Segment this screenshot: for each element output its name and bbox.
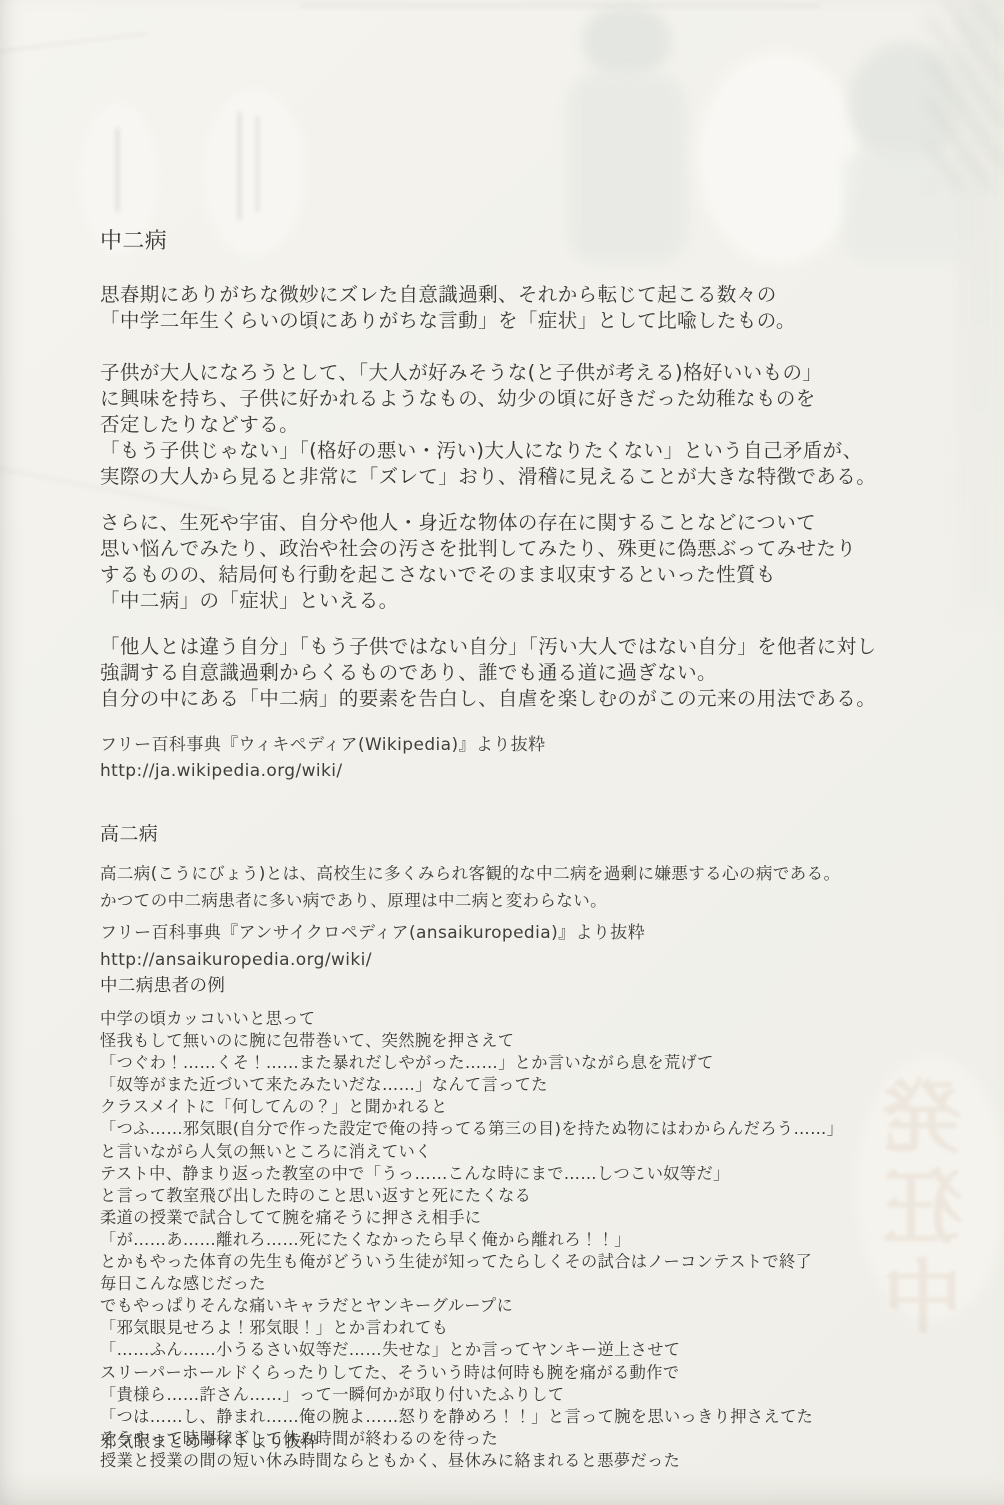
text-line: 柔道の授業で試合してて腕を痛そうに押さえ相手に bbox=[100, 1207, 843, 1229]
chunibyo-paragraph-1: 思春期にありがちな微妙にズレた自意識過剰、それから転じて起こる数々の「中学二年生… bbox=[100, 282, 796, 334]
text-line: かつての中二病患者に多い病であり、原理は中二病と変わらない。 bbox=[100, 887, 840, 914]
ghost-speech-bubble bbox=[698, 52, 860, 264]
text-line: フリー百科事典『ウィキペディア(Wikipedia)』より抜粋 bbox=[100, 732, 546, 758]
text-line: 「つふ……邪気眼(自分で作った設定で俺の持ってる第三の目)を持たぬ物にはわからん… bbox=[100, 1118, 843, 1140]
text-line: さらに、生死や宇宙、自分や他人・身近な物体の存在に関することなどについて bbox=[100, 510, 856, 536]
chunibyo-paragraph-3: さらに、生死や宇宙、自分や他人・身近な物体の存在に関することなどについて思い悩ん… bbox=[100, 510, 856, 614]
text-line: フリー百科事典『アンサイクロペディア(ansaikuropedia)』より抜粋 bbox=[100, 920, 645, 947]
text-line: テスト中、静まり返った教室の中で「うっ……こんな時にまで……しつこい奴等だ」 bbox=[100, 1163, 843, 1185]
konibyo-title: 高二病 bbox=[100, 819, 158, 846]
konibyo-paragraph: 高二病(こうにびょう)とは、高校生に多くみられ客観的な中二病を過剰に嫌悪する心の… bbox=[100, 860, 840, 914]
text-line: http://ansaikuropedia.org/wiki/ bbox=[100, 947, 645, 974]
text-line: 怪我もして無いのに腕に包帯巻いて、突然腕を押さえて bbox=[100, 1030, 843, 1052]
text-line: 中学の頃カッコいいと思って bbox=[100, 1008, 843, 1030]
ghost-bubble-text-strokes bbox=[116, 128, 119, 212]
text-line: スリーパーホールドくらったりしてた、そういう時は何時も腕を痛がる動作で bbox=[100, 1362, 843, 1384]
jakigan-source-citation: 邪気眼まとめサイトより抜粋 bbox=[100, 1428, 319, 1452]
text-line: 「もう子供じゃない」「(格好の悪い・汚い)大人になりたくない」という自己矛盾が、 bbox=[100, 438, 876, 464]
text-line: とかもやった体育の先生も俺がどういう生徒が知ってたらしくその試合はノーコンテスト… bbox=[100, 1251, 843, 1273]
examples-title: 中二病患者の例 bbox=[100, 972, 225, 997]
text-line: でもやっぱりそんな痛いキャラだとヤンキーグループに bbox=[100, 1295, 843, 1317]
text-line: 実際の大人から見ると非常に「ズレて」おり、滑稽に見えることが大きな特徴である。 bbox=[100, 464, 876, 490]
text-line: 「つは……し、静まれ……俺の腕よ……怒りを静めろ！！」と言って腕を思いっきり押さ… bbox=[100, 1406, 843, 1428]
chunibyo-paragraph-4: 「他人とは違う自分」「もう子供ではない自分」「汚い大人ではない自分」を他者に対し… bbox=[100, 634, 877, 712]
ghost-mirrored-kanji-text: 発狂中 bbox=[872, 1075, 987, 1345]
ghost-bubble-text-strokes bbox=[238, 112, 241, 220]
text-line: 自分の中にある「中二病」的要素を告白し、自虐を楽しむのがこの元来の用法である。 bbox=[100, 686, 877, 712]
text-line: 子供が大人になろうとして、「大人が好みそうな(と子供が考える)格好いいもの」 bbox=[100, 360, 876, 386]
text-line: 授業と授業の間の短い休み時間ならともかく、昼休みに絡まれると悪夢だった bbox=[100, 1450, 843, 1472]
chunibyo-paragraph-2: 子供が大人になろうとして、「大人が好みそうな(と子供が考える)格好いいもの」に興… bbox=[100, 360, 876, 490]
ghost-bottom-band bbox=[0, 1478, 1004, 1505]
wikipedia-source-citation: フリー百科事典『ウィキペディア(Wikipedia)』より抜粋http://ja… bbox=[100, 732, 546, 784]
ghost-panel-line bbox=[0, 32, 148, 53]
text-line: 強調する自意識過剰からくるものであり、誰でも通る道に過ぎない。 bbox=[100, 660, 877, 686]
text-line: 「邪気眼見せろよ！邪気眼！」とか言われても bbox=[100, 1317, 843, 1339]
ghost-speech-bubble bbox=[203, 88, 305, 256]
text-line: クラスメイトに「何してんの？」と聞かれると bbox=[100, 1096, 843, 1118]
text-line: 否定したりなどする。 bbox=[100, 412, 876, 438]
text-line: 「他人とは違う自分」「もう子供ではない自分」「汚い大人ではない自分」を他者に対し bbox=[100, 634, 877, 660]
ghost-bubble-text-strokes bbox=[256, 116, 259, 212]
text-line: に興味を持ち、子供に好かれるようなもの、幼少の頃に好きだった幼稚なものを bbox=[100, 386, 876, 412]
ghost-figure-head bbox=[583, 6, 671, 76]
scanned-page: 発狂中 中二病 思春期にありがちな微妙にズレた自意識過剰、それから転じて起こる数… bbox=[0, 0, 1004, 1505]
text-line: 「……ふん……小うるさい奴等だ……失せな」とか言ってヤンキー逆上させて bbox=[100, 1339, 843, 1361]
ghost-panel-line bbox=[300, 5, 820, 7]
ghost-figure-body bbox=[568, 72, 686, 264]
ghost-right-streaks bbox=[928, 0, 1004, 190]
uncyclopedia-source-citation: フリー百科事典『アンサイクロペディア(ansaikuropedia)』より抜粋h… bbox=[100, 920, 645, 974]
text-line: 「貴様ら……許さん……」って一瞬何かが取り付いたふりして bbox=[100, 1384, 843, 1406]
text-line: 思春期にありがちな微妙にズレた自意識過剰、それから転じて起こる数々の bbox=[100, 282, 796, 308]
text-line: 思い悩んでみたり、政治や社会の汚さを批判してみたり、殊更に偽悪ぶってみせたり bbox=[100, 536, 856, 562]
text-line: 「つぐわ！……くそ！……また暴れだしやがった……」とか言いながら息を荒げて bbox=[100, 1052, 843, 1074]
text-line: 毎日こんな感じだった bbox=[100, 1273, 843, 1295]
text-line: 「中学二年生くらいの頃にありがちな言動」を「症状」として比喩したもの。 bbox=[100, 308, 796, 334]
chunibyo-title: 中二病 bbox=[100, 224, 167, 255]
text-line: 「奴等がまた近づいて来たみたいだな……」なんて言ってた bbox=[100, 1074, 843, 1096]
text-line: 「が……あ……離れろ……死にたくなかったら早く俺から離れろ！！」 bbox=[100, 1229, 843, 1251]
text-line: http://ja.wikipedia.org/wiki/ bbox=[100, 758, 546, 784]
text-line: と言って教室飛び出した時のこと思い返すと死にたくなる bbox=[100, 1185, 843, 1207]
text-line: 「中二病」の「症状」といえる。 bbox=[100, 588, 856, 614]
examples-anecdote-lines: 中学の頃カッコいいと思って怪我もして無いのに腕に包帯巻いて、突然腕を押さえて「つ… bbox=[100, 1008, 843, 1472]
text-line: するものの、結局何も行動を起こさないでそのまま収束するといった性質も bbox=[100, 562, 856, 588]
text-line: と言いながら人気の無いところに消えていく bbox=[100, 1141, 843, 1163]
text-line: 高二病(こうにびょう)とは、高校生に多くみられ客観的な中二病を過剰に嫌悪する心の… bbox=[100, 860, 840, 887]
